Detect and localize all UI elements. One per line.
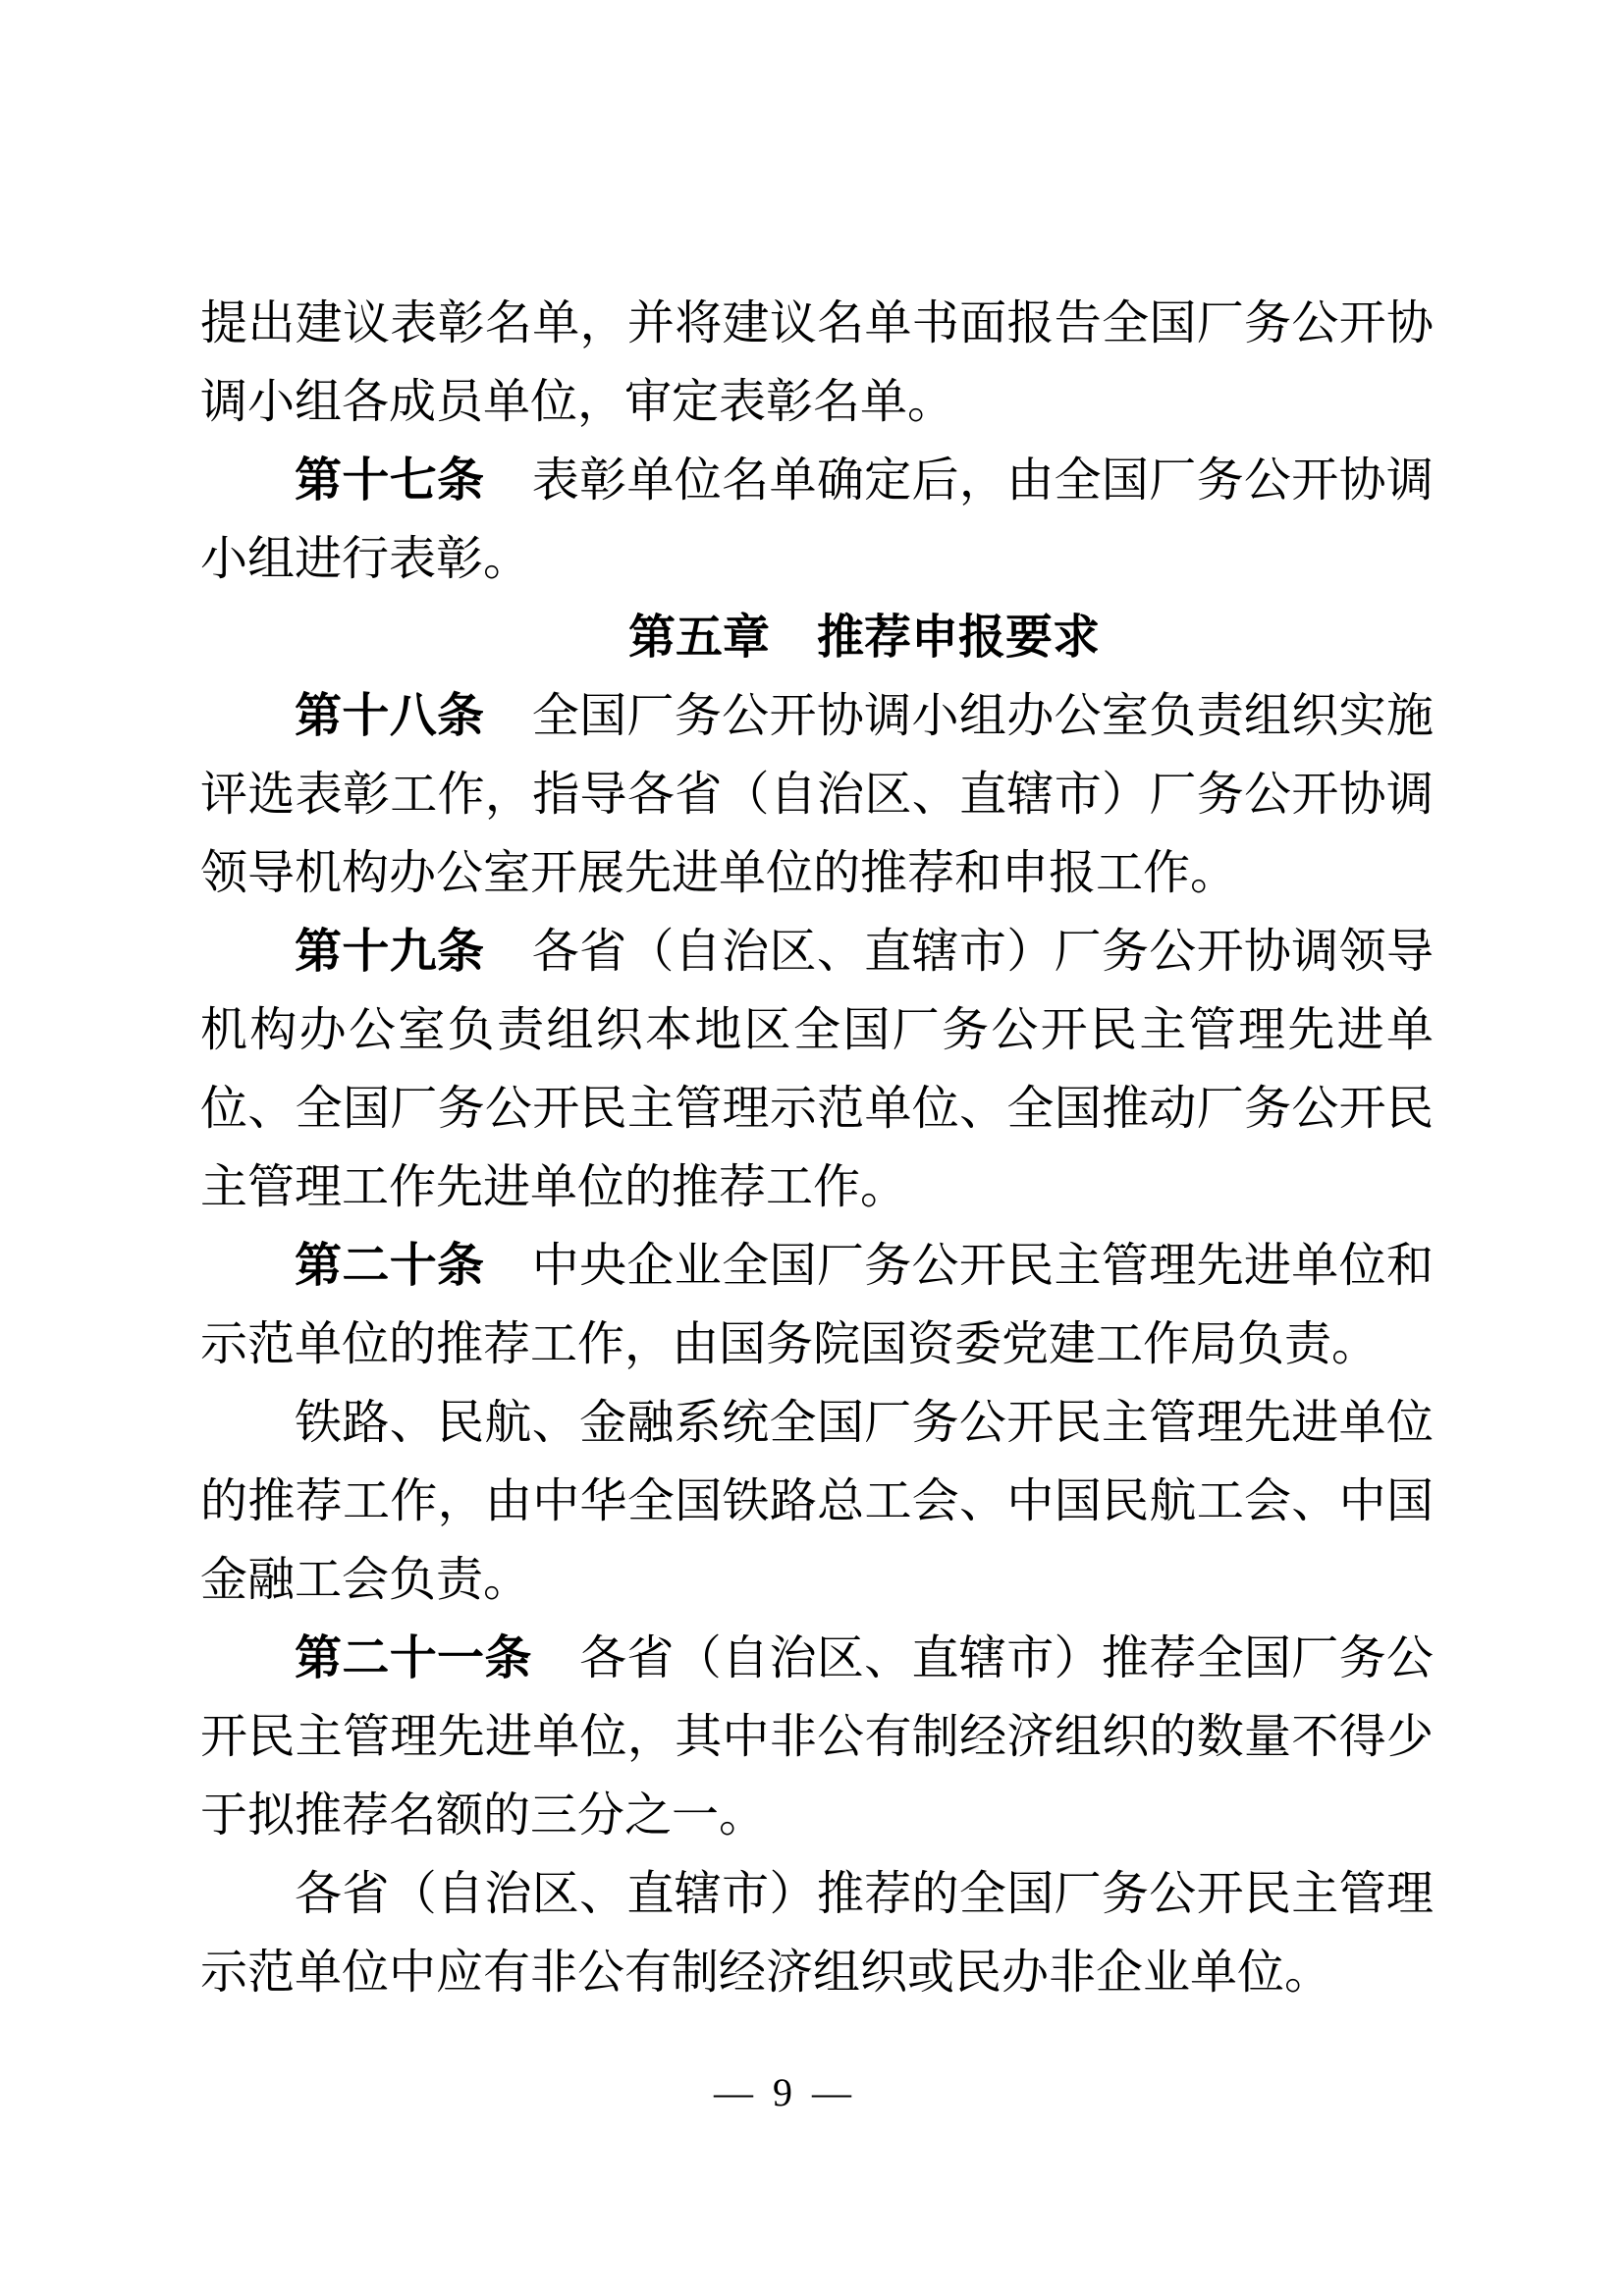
text-line: 各省（自治区、直辖市）推荐的全国厂务公开民主管理 bbox=[200, 1855, 1434, 1934]
text-line: 于拟推荐名额的三分之一。 bbox=[200, 1777, 1434, 1855]
text-run: 的推荐工作，由中华全国铁路总工会、中国民航工会、中国 bbox=[200, 1475, 1434, 1527]
text-line: 调小组各成员单位，审定表彰名单。 bbox=[200, 363, 1434, 442]
chapter-heading: 第五章 推荐申报要求 bbox=[247, 599, 1481, 677]
document-body: 提出建议表彰名单，并将建议名单书面报告全国厂务公开协调小组各成员单位，审定表彰名… bbox=[200, 285, 1434, 2012]
text-line: 位、全国厂务公开民主管理示范单位、全国推动厂务公开民 bbox=[200, 1070, 1434, 1148]
text-line: 金融工会负责。 bbox=[200, 1541, 1434, 1620]
article-number-label: 第十七条 bbox=[295, 454, 484, 507]
text-run: 各省（自治区、直辖市）推荐全国厂务公 bbox=[532, 1632, 1434, 1684]
text-run: 各省（自治区、直辖市）厂务公开协调领导 bbox=[484, 926, 1434, 978]
text-run: 开民主管理先进单位，其中非公有制经济组织的数量不得少 bbox=[200, 1711, 1434, 1763]
text-run: 调小组各成员单位，审定表彰名单。 bbox=[200, 376, 954, 428]
text-run: 评选表彰工作，指导各省（自治区、直辖市）厂务公开协调 bbox=[200, 769, 1434, 821]
document-page: 提出建议表彰名单，并将建议名单书面报告全国厂务公开协调小组各成员单位，审定表彰名… bbox=[0, 0, 1624, 2296]
text-run: 于拟推荐名额的三分之一。 bbox=[200, 1789, 766, 1842]
text-line: 示范单位的推荐工作，由国务院国资委党建工作局负责。 bbox=[200, 1306, 1434, 1384]
text-line: 小组进行表彰。 bbox=[200, 520, 1434, 599]
text-line: 第十七条 表彰单位名单确定后，由全国厂务公开协调 bbox=[200, 442, 1434, 520]
article-number-label: 第十九条 bbox=[295, 926, 484, 978]
text-run: 小组进行表彰。 bbox=[200, 533, 530, 585]
text-line: 开民主管理先进单位，其中非公有制经济组织的数量不得少 bbox=[200, 1698, 1434, 1777]
text-run: 主管理工作先进单位的推荐工作。 bbox=[200, 1161, 907, 1213]
text-line: 主管理工作先进单位的推荐工作。 bbox=[200, 1148, 1434, 1227]
page-footer: — 9 — bbox=[0, 2069, 1595, 2116]
text-run: 提出建议表彰名单，并将建议名单书面报告全国厂务公开协 bbox=[200, 297, 1434, 349]
article-number-label: 第二十条 bbox=[295, 1240, 484, 1292]
text-run: 领导机构办公室开展先进单位的推荐和申报工作。 bbox=[200, 847, 1237, 899]
text-run: 机构办公室负责组织本地区全国厂务公开民主管理先进单 bbox=[200, 1004, 1434, 1056]
text-run: 各省（自治区、直辖市）推荐的全国厂务公开民主管理 bbox=[295, 1868, 1434, 1920]
text-line: 第二十条 中央企业全国厂务公开民主管理先进单位和 bbox=[200, 1227, 1434, 1306]
text-line: 第二十一条 各省（自治区、直辖市）推荐全国厂务公 bbox=[200, 1620, 1434, 1698]
text-line: 的推荐工作，由中华全国铁路总工会、中国民航工会、中国 bbox=[200, 1463, 1434, 1541]
text-line: 第十八条 全国厂务公开协调小组办公室负责组织实施 bbox=[200, 677, 1434, 756]
article-number-label: 第五章 推荐申报要求 bbox=[628, 612, 1100, 664]
text-line: 评选表彰工作，指导各省（自治区、直辖市）厂务公开协调 bbox=[200, 756, 1434, 834]
text-run: 金融工会负责。 bbox=[200, 1554, 530, 1606]
page-number: — 9 — bbox=[714, 2070, 851, 2114]
text-run: 中央企业全国厂务公开民主管理先进单位和 bbox=[484, 1240, 1434, 1292]
text-line: 领导机构办公室开展先进单位的推荐和申报工作。 bbox=[200, 834, 1434, 913]
article-number-label: 第十八条 bbox=[295, 690, 484, 742]
text-line: 机构办公室负责组织本地区全国厂务公开民主管理先进单 bbox=[200, 991, 1434, 1070]
text-line: 提出建议表彰名单，并将建议名单书面报告全国厂务公开协 bbox=[200, 285, 1434, 363]
text-run: 铁路、民航、金融系统全国厂务公开民主管理先进单位 bbox=[295, 1397, 1434, 1449]
text-line: 第十九条 各省（自治区、直辖市）厂务公开协调领导 bbox=[200, 913, 1434, 991]
text-run: 示范单位的推荐工作，由国务院国资委党建工作局负责。 bbox=[200, 1318, 1379, 1370]
text-line: 铁路、民航、金融系统全国厂务公开民主管理先进单位 bbox=[200, 1384, 1434, 1463]
text-run: 位、全国厂务公开民主管理示范单位、全国推动厂务公开民 bbox=[200, 1083, 1434, 1135]
text-run: 全国厂务公开协调小组办公室负责组织实施 bbox=[484, 690, 1434, 742]
text-run: 示范单位中应有非公有制经济组织或民办非企业单位。 bbox=[200, 1947, 1331, 1999]
article-number-label: 第二十一条 bbox=[295, 1632, 532, 1684]
text-line: 示范单位中应有非公有制经济组织或民办非企业单位。 bbox=[200, 1934, 1434, 2012]
text-run: 表彰单位名单确定后，由全国厂务公开协调 bbox=[484, 454, 1434, 507]
